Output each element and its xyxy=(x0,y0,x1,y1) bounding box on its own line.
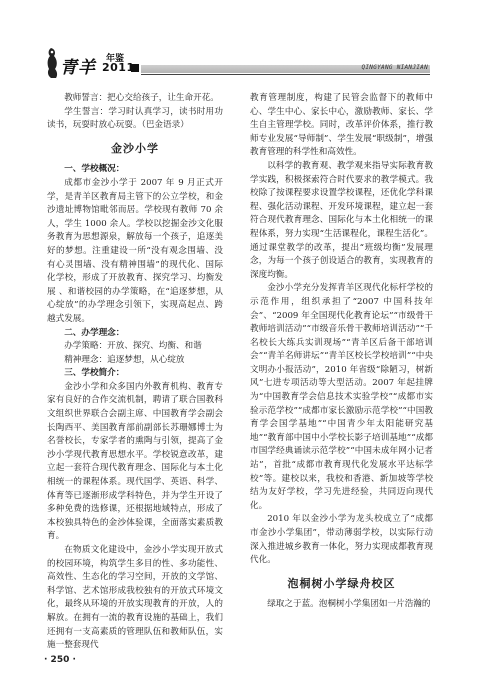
heading-school-overview: 一、学校概况： xyxy=(47,163,223,177)
teacher-oath: 教师誓言：把心交给孩子，让生命开花。 xyxy=(47,92,223,106)
page-number: · 250 · xyxy=(44,655,76,665)
heading-school-introduction: 三、学校简介： xyxy=(47,367,223,381)
yearbook-logo-text: 青羊 xyxy=(60,53,96,78)
page-header: 青羊 年鉴 2011 QINGYANG NIANJIAN xyxy=(46,45,430,79)
left-column: 教师誓言：把心交给孩子，让生命开花。 学生誓言：学习时认真学习，读书时用功读书，… xyxy=(47,92,223,653)
paragraph-demonstration-role: 金沙小学充分发挥青羊区现代化标杆学校的示范作用，组织承担了“2007 中国科技年… xyxy=(250,282,433,513)
paragraph-spirit-philosophy: 精神理念：追逐梦想，从心绽放 xyxy=(47,354,223,368)
yearbook-logo-year: 2011 xyxy=(102,61,135,74)
header-rule xyxy=(141,74,430,75)
section-title-jinsha: 金沙小学 xyxy=(47,142,223,156)
paragraph-school-overview: 成都市金沙小学于 2007 年 9 月正式开学，是青羊区教育局主管下的公立学校，… xyxy=(47,177,223,327)
paragraph-school-introduction: 金沙小学和众多国内外教育机构、教育专家有良好的合作交流机制，聘请了联合国教科文组… xyxy=(47,381,223,544)
header-square-marker xyxy=(131,64,139,72)
paragraph-school-strategy: 办学策略：开放、探究、均衡、和谐 xyxy=(47,340,223,354)
right-column: 教育管理制度，构建了民管会监督下的教师中心、学生中心、家长中心，激励教师、家长、… xyxy=(250,92,433,612)
paragraph-material-culture: 在物质文化建设中，金沙小学实现开放式的校园环境，构筑学生多目的性、多功能性、高效… xyxy=(47,544,223,653)
paragraph-paotongshu-intro: 绿取之于蓝。泡桐树小学集团如一片浩瀚的 xyxy=(250,598,433,612)
student-oath: 学生誓言：学习时认真学习，读书时用功读书，玩耍时放心玩耍。（巴金语录） xyxy=(47,106,223,133)
heading-school-philosophy: 二、办学理念： xyxy=(47,327,223,341)
section-title-paotongshu: 泡桐树小学绿舟校区 xyxy=(250,577,433,591)
paragraph-teaching-model: 以科学的教育观、教学观来指导实际教育教学实践，积极探索符合时代要求的教学模式。我… xyxy=(250,160,433,282)
paragraph-school-group: 2010 年以金沙小学为龙头校成立了“成都市金沙小学集团”，带动薄弱学校，以实际… xyxy=(250,513,433,567)
yearbook-logo-figure-icon xyxy=(46,47,60,79)
running-header-tag: QINGYANG NIANJIAN xyxy=(361,64,428,71)
paragraph-management: 教育管理制度，构建了民管会监督下的教师中心、学生中心、家长中心，激励教师、家长、… xyxy=(250,92,433,160)
